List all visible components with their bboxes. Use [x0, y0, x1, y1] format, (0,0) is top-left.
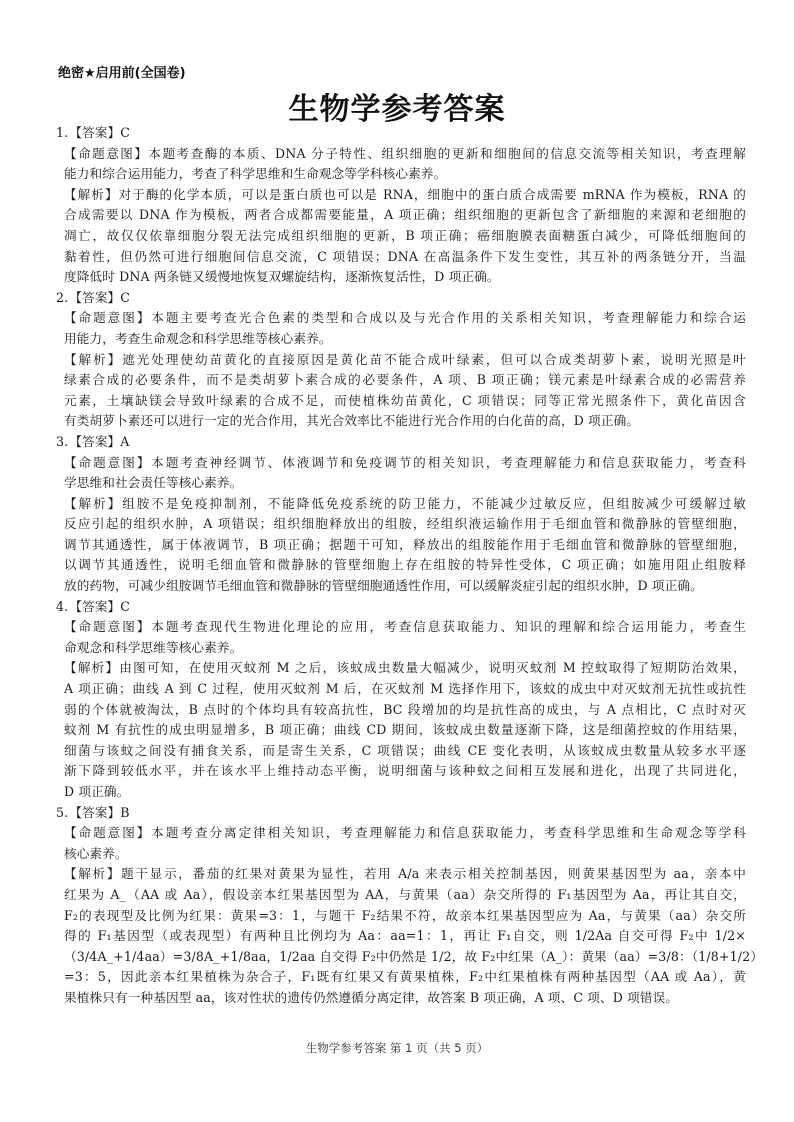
analysis-section: 【解析】遮光处理使幼苗黄化的直接原因是黄化苗不能合成叶绿素，但可以合成类胡萝卜素… [56, 350, 746, 432]
answer-line: 4.【答案】C [56, 597, 746, 618]
intent-text-line: 【命题意图】本题考查神经调节、体液调节和免疫调节的相关知识，考查理解能力和信息获… [64, 453, 746, 474]
question-number: 5. [56, 805, 68, 820]
analysis-section: 【解析】组胺不是免疫抑制剂，不能降低免疫系统的防卫能力，不能减少过敏反应，但组胺… [56, 494, 746, 597]
analysis-section: 【解析】由图可知，在使用灭蚊剂 M 之后，该蚊成虫数量大幅减少，说明灭蚊剂 M … [56, 658, 746, 802]
answer-key: 【答案】B [69, 805, 129, 820]
intent-text-line: 核心素养。 [64, 844, 746, 865]
intent-text-line: 【命题意图】本题考查分离定律相关知识，考查理解能力和信息获取能力，考查科学思维和… [64, 823, 746, 844]
answer-line: 1.【答案】C [56, 123, 746, 144]
analysis-text-line: （3/4A_+1/4aa）=3/8A_+1/8aa，1/2aa 自交得 F₂中仍… [64, 947, 746, 968]
confidential-label: 绝密★启用前(全国卷) [58, 62, 186, 81]
analysis-text-line: 度降低时 DNA 两条链又缓慢地恢复双螺旋结构，逐渐恢复活性，D 项正确。 [64, 267, 746, 288]
analysis-text-line: 【解析】对于酶的化学本质，可以是蛋白质也可以是 RNA，细胞中的蛋白质合成需要 … [64, 185, 746, 206]
question-number: 1. [56, 125, 68, 140]
answer-page: 绝密★启用前(全国卷) 生物学参考答案 1.【答案】C【命题意图】本题考查酶的本… [0, 0, 794, 1122]
analysis-text-line: 反应引起的组织水肿，A 项错误；组织细胞释放出的组胺，经组织液运输作用于毛细血管… [64, 514, 746, 535]
analysis-text-line: A 项正确；曲线 A 到 C 过程，使用灭蚊剂 M 后，在灭蚊剂 M 选择作用下… [64, 679, 746, 700]
document-title: 生物学参考答案 [0, 84, 794, 128]
question-block: 4.【答案】C【命题意图】本题考查现代生物进化理论的应用，考查信息获取能力、知识… [56, 597, 746, 803]
answer-key: 【答案】C [69, 599, 130, 614]
analysis-text-line: 细菌与该蚊之间没有捕食关系，而是寄生关系，C 项错误；曲线 CE 变化表明，从该… [64, 741, 746, 762]
answer-key: 【答案】A [69, 434, 129, 449]
analysis-text-line: 绿素合成的必要条件，而不是类胡萝卜素合成的必要条件，A 项、B 项正确；镁元素是… [64, 370, 746, 391]
analysis-section: 【解析】题干显示，番茄的红果对黄果为显性，若用 A/a 来表示相关控制基因，则黄… [56, 864, 746, 1008]
answer-line: 3.【答案】A [56, 432, 746, 453]
analysis-text-line: 凋亡，故仅仅依靠细胞分裂无法完成组织细胞的更新，B 项正确；癌细胞膜表面糖蛋白减… [64, 226, 746, 247]
intent-text-line: 学思维和社会责任等核心素养。 [64, 473, 746, 494]
analysis-section: 【解析】对于酶的化学本质，可以是蛋白质也可以是 RNA，细胞中的蛋白质合成需要 … [56, 185, 746, 288]
analysis-text-line: =3：5，因此亲本红果植株为杂合子，F₁既有红果又有黄果植株，F₂中红果植株有两… [64, 967, 746, 988]
analysis-text-line: D 项正确。 [64, 782, 746, 803]
analysis-text-line: 蚊剂 M 有抗性的成虫明显增多，B 项正确；曲线 CD 期间，该蚊成虫数量逐渐下… [64, 720, 746, 741]
analysis-text-line: 以调节其通透性，说明毛细血管和微静脉的管壁细胞上存在组胺的特异性受体，C 项正确… [64, 555, 746, 576]
page-footer: 生物学参考答案 第 1 页（共 5 页） [0, 1040, 794, 1056]
analysis-text-line: 【解析】题干显示，番茄的红果对黄果为显性，若用 A/a 来表示相关控制基因，则黄… [64, 864, 746, 885]
analysis-text-line: 调节其通透性，属于体液调节，B 项正确；据题干可知，释放出的组胺能作用于毛细血管… [64, 535, 746, 556]
intent-section: 【命题意图】本题考查现代生物进化理论的应用，考查信息获取能力、知识的理解和综合运… [56, 617, 746, 658]
answer-key: 【答案】C [69, 290, 130, 305]
question-block: 3.【答案】A【命题意图】本题考查神经调节、体液调节和免疫调节的相关知识，考查理… [56, 432, 746, 597]
analysis-text-line: 黏着性，但仍然可进行细胞间信息交流，C 项错误；DNA 在高温条件下发生变性，其… [64, 247, 746, 268]
analysis-text-line: 有类胡萝卜素还可以进行一定的光合作用，其光合效率比不能进行光合作用的白化苗的高，… [64, 411, 746, 432]
intent-text-line: 【命题意图】本题考查酶的本质、DNA 分子特性、组织细胞的更新和细胞间的信息交流… [64, 144, 746, 165]
analysis-text-line: 红果为 A_（AA 或 Aa），假设亲本红果基因型为 AA，与黄果（aa）杂交所… [64, 885, 746, 906]
analysis-text-line: 【解析】遮光处理使幼苗黄化的直接原因是黄化苗不能合成叶绿素，但可以合成类胡萝卜素… [64, 350, 746, 371]
intent-section: 【命题意图】本题考查分离定律相关知识，考查理解能力和信息获取能力，考查科学思维和… [56, 823, 746, 864]
intent-section: 【命题意图】本题主要考查光合色素的类型和合成以及与光合作用的关系相关知识，考查理… [56, 308, 746, 349]
answer-key: 【答案】C [69, 125, 130, 140]
analysis-text-line: 元素，土壤缺镁会导致叶绿素的合成不足，而使植株幼苗黄化，C 项错误；同等正常光照… [64, 391, 746, 412]
question-number: 2. [56, 290, 68, 305]
analysis-text-line: F₂的表现型及比例为红果：黄果=3：1，与题干 F₂结果不符，故亲本红果基因型应… [64, 906, 746, 927]
analysis-text-line: 果植株只有一种基因型 aa，该对性状的遗传仍然遵循分离定律，故答案 B 项正确，… [64, 988, 746, 1009]
answer-line: 2.【答案】C [56, 288, 746, 309]
intent-text-line: 【命题意图】本题考查现代生物进化理论的应用，考查信息获取能力、知识的理解和综合运… [64, 617, 746, 638]
answers-content: 1.【答案】C【命题意图】本题考查酶的本质、DNA 分子特性、组织细胞的更新和细… [56, 123, 746, 1009]
analysis-text-line: 得的 F₁基因型（或表现型）有两种且比例均为 Aa：aa=1：1，再让 F₁自交… [64, 926, 746, 947]
analysis-text-line: 弱的个体就被淘汰，B 点时的个体均具有较高抗性，BC 段增加的均是抗性高的成虫，… [64, 700, 746, 721]
intent-text-line: 用能力，考查生命观念和科学思维等核心素养。 [64, 329, 746, 350]
question-number: 4. [56, 599, 68, 614]
intent-text-line: 【命题意图】本题主要考查光合色素的类型和合成以及与光合作用的关系相关知识，考查理… [64, 308, 746, 329]
question-block: 1.【答案】C【命题意图】本题考查酶的本质、DNA 分子特性、组织细胞的更新和细… [56, 123, 746, 288]
intent-section: 【命题意图】本题考查酶的本质、DNA 分子特性、组织细胞的更新和细胞间的信息交流… [56, 144, 746, 185]
answer-line: 5.【答案】B [56, 803, 746, 824]
intent-section: 【命题意图】本题考查神经调节、体液调节和免疫调节的相关知识，考查理解能力和信息获… [56, 453, 746, 494]
analysis-text-line: 【解析】由图可知，在使用灭蚊剂 M 之后，该蚊成虫数量大幅减少，说明灭蚊剂 M … [64, 658, 746, 679]
analysis-text-line: 【解析】组胺不是免疫抑制剂，不能降低免疫系统的防卫能力，不能减少过敏反应，但组胺… [64, 494, 746, 515]
question-block: 5.【答案】B【命题意图】本题考查分离定律相关知识，考查理解能力和信息获取能力，… [56, 803, 746, 1009]
intent-text-line: 能力和综合运用能力，考查了科学思维和生命观念等学科核心素养。 [64, 164, 746, 185]
analysis-text-line: 渐下降到较低水平，并在该水平上维持动态平衡，说明细菌与该种蚊之间相互发展和进化，… [64, 761, 746, 782]
intent-text-line: 命观念和科学思维等核心素养。 [64, 638, 746, 659]
question-number: 3. [56, 434, 68, 449]
analysis-text-line: 合成需要以 DNA 作为模板，两者合成都需要能量，A 项正确；组织细胞的更新包含… [64, 205, 746, 226]
question-block: 2.【答案】C【命题意图】本题主要考查光合色素的类型和合成以及与光合作用的关系相… [56, 288, 746, 432]
analysis-text-line: 放的药物，可减少组胺调节毛细血管和微静脉的管壁细胞通透性作用，可以缓解炎症引起的… [64, 576, 746, 597]
